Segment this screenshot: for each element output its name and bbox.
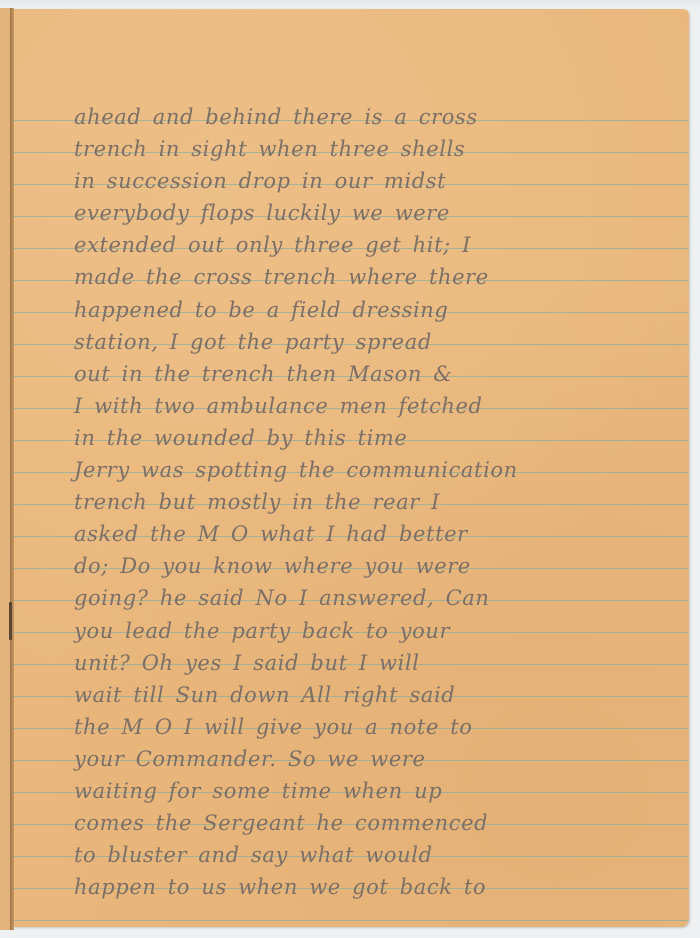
text-line: waiting for some time when up — [74, 775, 684, 807]
staple — [9, 602, 12, 640]
text-line: ahead and behind there is a cross — [74, 101, 684, 133]
text-line: unit? Oh yes I said but I will — [74, 647, 684, 679]
text-line: extended out only three get hit; I — [74, 229, 684, 261]
rule-line — [14, 920, 689, 921]
handwritten-text: ahead and behind there is a cross trench… — [74, 101, 684, 903]
text-line: I with two ambulance men fetched — [74, 390, 684, 422]
text-line: asked the M O what I had better — [74, 518, 684, 550]
notebook-page: ahead and behind there is a cross trench… — [14, 9, 689, 927]
text-line: to bluster and say what would — [74, 839, 684, 871]
text-line: Jerry was spotting the communication — [74, 454, 684, 486]
text-line: do; Do you know where you were — [74, 550, 684, 582]
text-line: happen to us when we got back to — [74, 871, 684, 903]
text-line: everybody flops luckily we were — [74, 197, 684, 229]
text-line: trench but mostly in the rear I — [74, 486, 684, 518]
notebook-binding — [10, 8, 14, 930]
text-line: trench in sight when three shells — [74, 133, 684, 165]
text-line: made the cross trench where there — [74, 261, 684, 293]
text-line: comes the Sergeant he commenced — [74, 807, 684, 839]
text-line: your Commander. So we were — [74, 743, 684, 775]
text-line: wait till Sun down All right said — [74, 679, 684, 711]
text-line: the M O I will give you a note to — [74, 711, 684, 743]
text-line: out in the trench then Mason & — [74, 358, 684, 390]
text-line: going? he said No I answered, Can — [74, 582, 684, 614]
text-line: happened to be a field dressing — [74, 294, 684, 326]
text-line: in succession drop in our midst — [74, 165, 684, 197]
text-line: you lead the party back to your — [74, 615, 684, 647]
text-line: station, I got the party spread — [74, 326, 684, 358]
text-line: in the wounded by this time — [74, 422, 684, 454]
